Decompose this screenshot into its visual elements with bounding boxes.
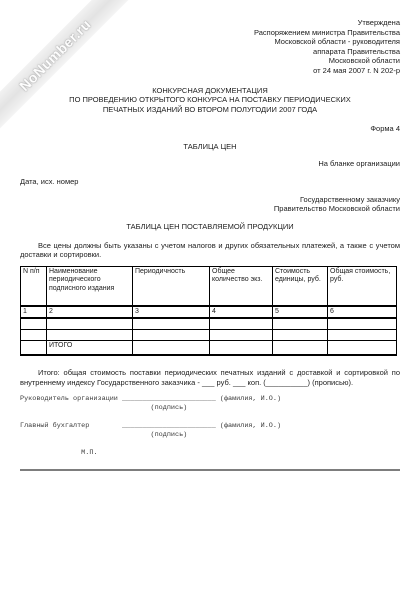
approval-line: Московской области - руководителя <box>20 37 400 47</box>
column-number-cell: 2 <box>47 306 133 319</box>
section-title: ТАБЛИЦА ЦЕН <box>20 142 400 152</box>
signature-line-accountant: Главный бухгалтер ______________________… <box>20 422 400 431</box>
table-cell <box>21 318 47 330</box>
document-page: { "watermark": "NoNumber.ru", "approval_… <box>0 0 420 600</box>
bottom-divider <box>20 469 400 471</box>
approval-line: Распоряжением министра Правительства <box>20 28 400 38</box>
approval-line: от 24 мая 2007 г. N 202-р <box>20 66 400 76</box>
date-ref-line: Дата, исх. номер <box>20 177 400 187</box>
header-cell-total-cost: Общая стоимость, руб. <box>328 266 397 306</box>
addressee-block: Государственному заказчику Правительство… <box>20 195 400 214</box>
column-number-row: 1 2 3 4 5 6 <box>21 306 397 319</box>
table-cell <box>47 330 133 341</box>
price-table: N п/п Наименование периодического подпис… <box>20 266 397 357</box>
signature-caption: (подпись) <box>20 404 400 413</box>
header-cell-quantity: Общее количество экз. <box>210 266 273 306</box>
letterhead-note: На бланке организации <box>20 159 400 169</box>
table-cell <box>133 318 210 330</box>
table-cell <box>133 330 210 341</box>
price-table-title: ТАБЛИЦА ЦЕН ПОСТАВЛЯЕМОЙ ПРОДУКЦИИ <box>20 222 400 232</box>
total-paragraph: Итого: общая стоимость поставки периодич… <box>20 368 400 387</box>
table-cell <box>210 318 273 330</box>
column-number-cell: 3 <box>133 306 210 319</box>
signature-block: Руководитель организации _______________… <box>20 395 400 458</box>
header-cell-unit-cost: Стоимость единицы, руб. <box>273 266 328 306</box>
table-cell <box>133 341 210 356</box>
document-body: Утверждена Распоряжением министра Правит… <box>20 0 400 458</box>
table-cell <box>21 330 47 341</box>
header-cell-name: Наименование периодического подписного и… <box>47 266 133 306</box>
column-number-cell: 5 <box>273 306 328 319</box>
stamp-place-label: М.П. <box>20 449 400 458</box>
addressee-line: Правительство Московской области <box>20 204 400 214</box>
table-cell <box>210 330 273 341</box>
document-title-line: ПО ПРОВЕДЕНИЮ ОТКРЫТОГО КОНКУРСА НА ПОСТ… <box>20 95 400 105</box>
column-number-cell: 4 <box>210 306 273 319</box>
intro-paragraph: Все цены должны быть указаны с учетом на… <box>20 241 400 260</box>
table-cell <box>21 341 47 356</box>
column-number-cell: 1 <box>21 306 47 319</box>
signature-caption: (подпись) <box>20 431 400 440</box>
table-cell <box>273 330 328 341</box>
table-cell <box>328 341 397 356</box>
table-cell <box>47 318 133 330</box>
approval-line: Московской области <box>20 56 400 66</box>
price-table-header-row: N п/п Наименование периодического подпис… <box>21 266 397 306</box>
header-cell-number: N п/п <box>21 266 47 306</box>
table-cell <box>328 318 397 330</box>
document-title-line: КОНКУРСНАЯ ДОКУМЕНТАЦИЯ <box>20 86 400 96</box>
header-cell-periodicity: Периодичность <box>133 266 210 306</box>
approval-line: аппарата Правительства <box>20 47 400 57</box>
approval-block: Утверждена Распоряжением министра Правит… <box>20 18 400 76</box>
document-title: КОНКУРСНАЯ ДОКУМЕНТАЦИЯ ПО ПРОВЕДЕНИЮ ОТ… <box>20 86 400 115</box>
table-row <box>21 318 397 330</box>
table-cell <box>210 341 273 356</box>
column-number-cell: 6 <box>328 306 397 319</box>
signature-line-director: Руководитель организации _______________… <box>20 395 400 404</box>
total-label-cell: ИТОГО <box>47 341 133 356</box>
table-cell <box>273 318 328 330</box>
table-row <box>21 330 397 341</box>
addressee-line: Государственному заказчику <box>20 195 400 205</box>
approval-line: Утверждена <box>20 18 400 28</box>
table-cell <box>328 330 397 341</box>
document-title-line: ПЕЧАТНЫХ ИЗДАНИЙ ВО ВТОРОМ ПОЛУГОДИИ 200… <box>20 105 400 115</box>
form-number-label: Форма 4 <box>20 124 400 134</box>
table-cell <box>273 341 328 356</box>
spacer-line <box>20 440 400 449</box>
total-row: ИТОГО <box>21 341 397 356</box>
